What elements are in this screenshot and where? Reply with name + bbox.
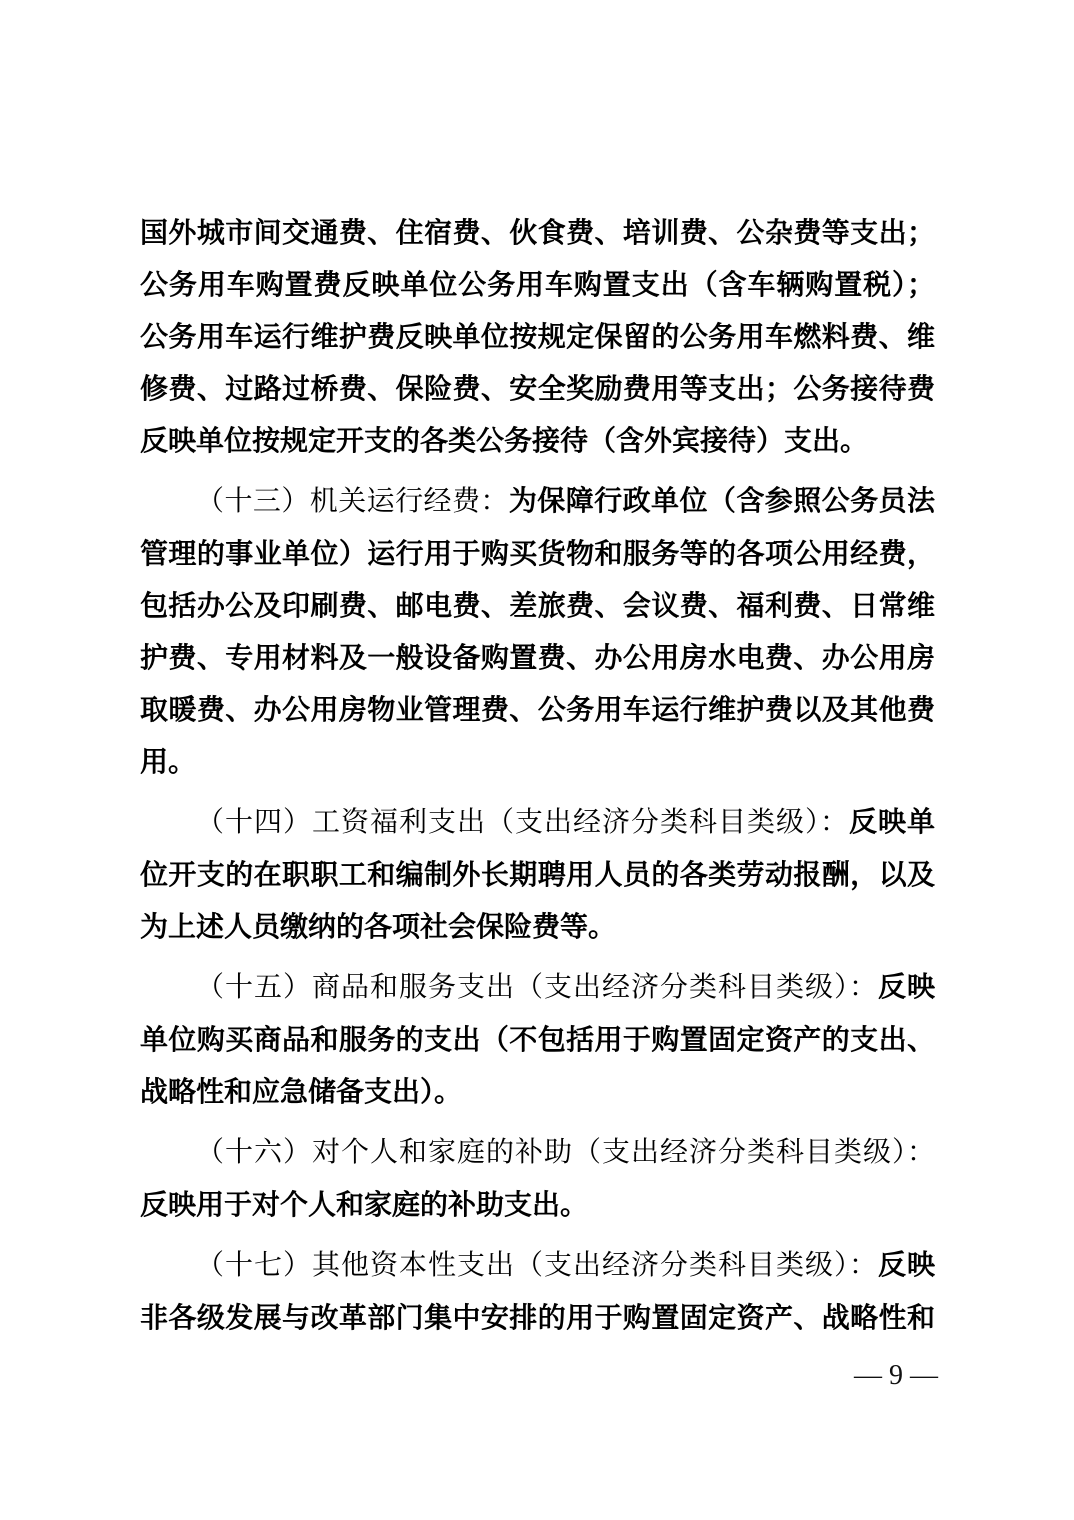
paragraph: （十四）工资福利支出（支出经济分类科目类级）：反映单位开支的在职职工和编制外长期… (140, 796, 935, 953)
paragraph-lead: （十六）对个人和家庭的补助（支出经济分类科目类级）： (196, 1137, 935, 1168)
paragraph-lead: （十三）机关运行经费： (196, 486, 509, 517)
paragraph-lead: （十七）其他资本性支出（支出经济分类科目类级）： (196, 1250, 878, 1281)
paragraph-body: 国外城市间交通费、住宿费、伙食费、培训费、公杂费等支出；公务用车购置费反映单位公… (140, 217, 935, 456)
paragraph: （十三）机关运行经费：为保障行政单位（含参照公务员法管理的事业单位）运行用于购买… (140, 475, 935, 788)
paragraph-body: 为保障行政单位（含参照公务员法管理的事业单位）运行用于购买货物和服务等的各项公用… (140, 485, 935, 777)
document-page: 国外城市间交通费、住宿费、伙食费、培训费、公杂费等支出；公务用车购置费反映单位公… (0, 0, 1074, 1520)
paragraph-body: 反映用于对个人和家庭的补助支出。 (140, 1189, 588, 1220)
page-number: — 9 — (854, 1356, 938, 1396)
paragraph-lead: （十五）商品和服务支出（支出经济分类科目类级）： (196, 972, 878, 1003)
paragraph: （十七）其他资本性支出（支出经济分类科目类级）：反映非各级发展与改革部门集中安排… (140, 1239, 935, 1344)
paragraph: （十五）商品和服务支出（支出经济分类科目类级）：反映单位购买商品和服务的支出（不… (140, 961, 935, 1118)
paragraph-lead: （十四）工资福利支出（支出经济分类科目类级）： (196, 807, 849, 838)
paragraph: 国外城市间交通费、住宿费、伙食费、培训费、公杂费等支出；公务用车购置费反映单位公… (140, 207, 935, 467)
document-body: 国外城市间交通费、住宿费、伙食费、培训费、公杂费等支出；公务用车购置费反映单位公… (140, 207, 935, 1352)
paragraph: （十六）对个人和家庭的补助（支出经济分类科目类级）：反映用于对个人和家庭的补助支… (140, 1126, 935, 1231)
